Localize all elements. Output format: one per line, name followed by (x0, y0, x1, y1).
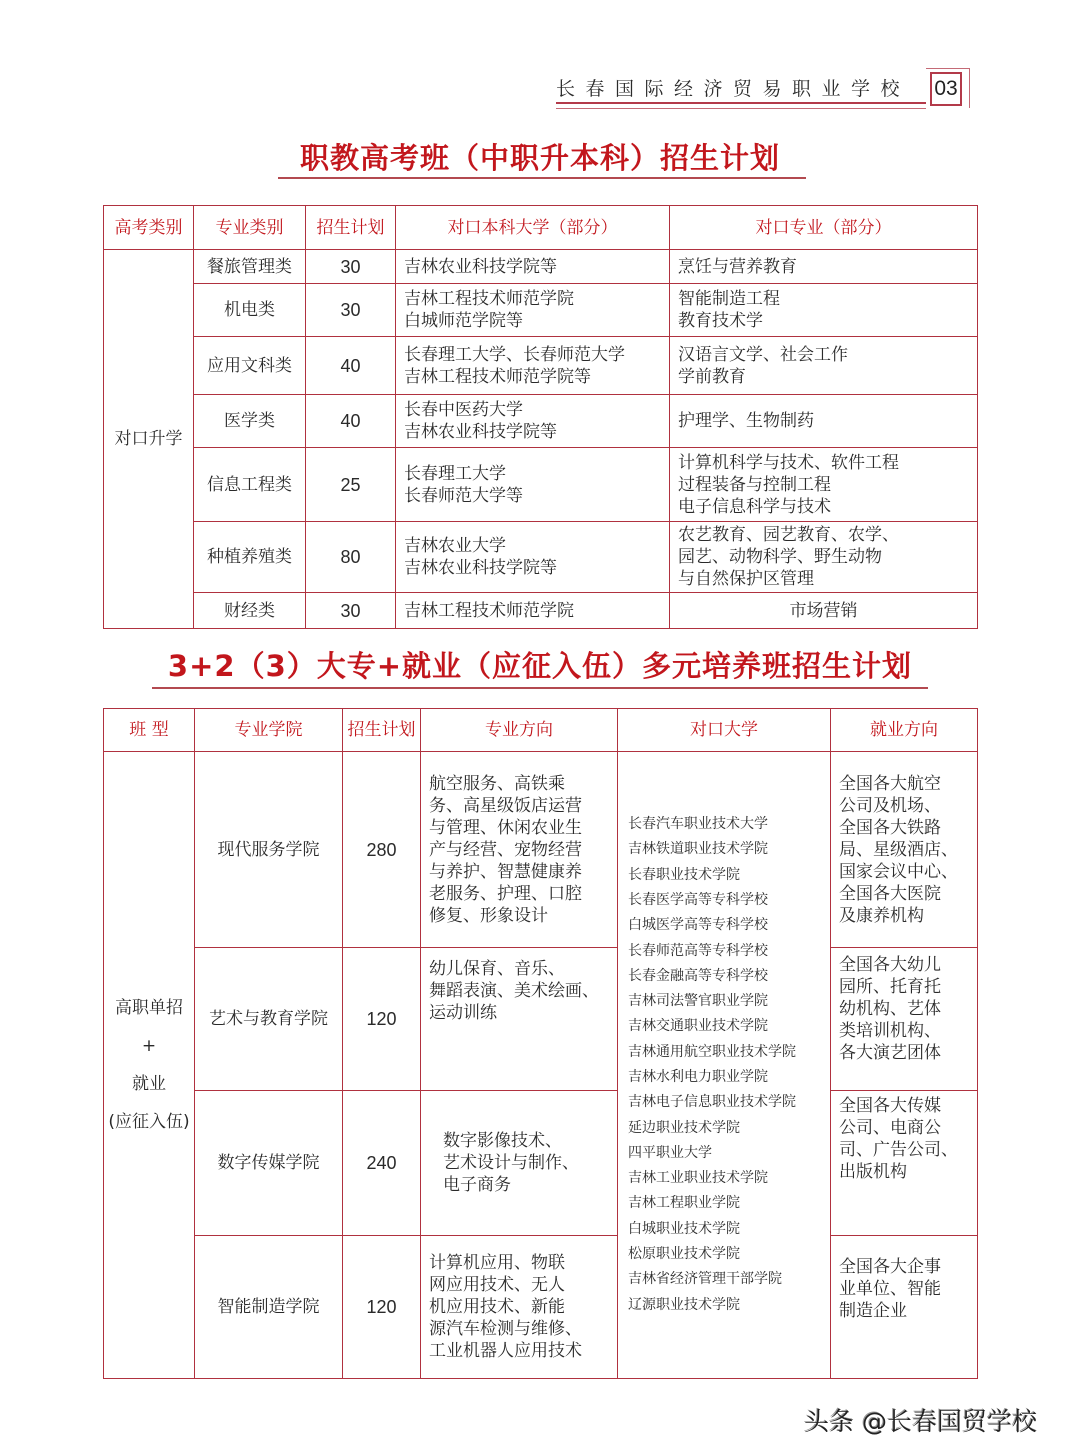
enrollment-plan: 40 (306, 395, 396, 448)
class-type: 高职单招 + 就业 (应征入伍) (104, 752, 195, 1379)
partner-universities: 吉林农业大学吉林农业科技学院等 (396, 522, 670, 593)
header-rule-thin (556, 108, 926, 109)
college-name: 艺术与教育学院 (195, 948, 343, 1091)
list-item: 长春医学高等专科学校 (628, 888, 822, 913)
section1-title-underline (278, 177, 806, 179)
list-item: 吉林司法警官职业学院 (628, 989, 822, 1014)
partner-universities: 长春理工大学长春师范大学等 (396, 448, 670, 522)
major-category: 机电类 (194, 284, 306, 337)
header-rule (556, 102, 926, 104)
partner-majors: 农艺教育、园艺教育、农学、园艺、动物科学、野生动物与自然保护区管理 (670, 522, 978, 593)
major-directions: 计算机应用、物联 网应用技术、无人 机应用技术、新能 源汽车检测与维修、 工业机… (421, 1236, 618, 1379)
enrollment-plan: 30 (306, 284, 396, 337)
partner-majors: 市场营销 (670, 593, 978, 629)
list-item: 延边职业技术学院 (628, 1116, 822, 1141)
col-header: 对口大学 (618, 709, 831, 752)
col-header: 对口专业（部分） (670, 206, 978, 250)
list-item: 白城医学高等专科学校 (628, 913, 822, 938)
col-header: 对口本科大学（部分） (396, 206, 670, 250)
school-name-header: 长春国际经济贸易职业学校 (556, 74, 926, 104)
source-watermark: 头条 @长春国贸学校 (804, 1404, 1064, 1440)
major-category: 财经类 (194, 593, 306, 629)
list-item: 吉林工业职业技术学院 (628, 1166, 822, 1191)
col-header: 就业方向 (831, 709, 978, 752)
major-directions: 数字影像技术、 艺术设计与制作、 电子商务 (421, 1091, 618, 1236)
partner-majors: 烹饪与营养教育 (670, 250, 978, 284)
list-item: 四平职业大学 (628, 1141, 822, 1166)
enrollment-plan: 120 (343, 1236, 421, 1379)
list-item: 吉林水利电力职业学院 (628, 1065, 822, 1090)
enrollment-plan: 30 (306, 593, 396, 629)
partner-colleges-list: 长春汽车职业技术大学 吉林铁道职业技术学院 长春职业技术学院 长春医学高等专科学… (618, 752, 831, 1379)
partner-majors: 计算机科学与技术、软件工程过程装备与控制工程电子信息科学与技术 (670, 448, 978, 522)
col-header: 招生计划 (343, 709, 421, 752)
table-row: 机电类 30 吉林工程技术师范学院白城师范学院等 智能制造工程教育技术学 (104, 284, 978, 337)
table-row: 应用文科类 40 长春理工大学、长春师范大学吉林工程技术师范学院等 汉语言文学、… (104, 337, 978, 395)
enrollment-plan: 40 (306, 337, 396, 395)
list-item: 长春职业技术学院 (628, 863, 822, 888)
page-number: 03 (930, 72, 962, 106)
section2-title: 3+2（3）大专+就业（应征入伍）多元培养班招生计划 (150, 644, 930, 688)
major-category: 种植养殖类 (194, 522, 306, 593)
enrollment-plan: 80 (306, 522, 396, 593)
college-name: 现代服务学院 (195, 752, 343, 948)
list-item: 白城职业技术学院 (628, 1217, 822, 1242)
list-item: 辽源职业技术学院 (628, 1293, 822, 1318)
major-directions: 航空服务、高铁乘 务、高星级饭店运营 与管理、休闲农业生 产与经营、宠物经营 与… (421, 752, 618, 948)
col-header: 专业类别 (194, 206, 306, 250)
list-item: 松原职业技术学院 (628, 1242, 822, 1267)
section1-title: 职教高考班（中职升本科）招生计划 (240, 136, 840, 180)
employment-directions: 全国各大幼儿 园所、托育托 幼机构、艺体 类培训机构、 各大演艺团体 (831, 948, 978, 1091)
partner-universities: 吉林工程技术师范学院 (396, 593, 670, 629)
table-row: 财经类 30 吉林工程技术师范学院 市场营销 (104, 593, 978, 629)
list-item: 吉林通用航空职业技术学院 (628, 1040, 822, 1065)
exam-category: 对口升学 (104, 250, 194, 629)
college-name: 智能制造学院 (195, 1236, 343, 1379)
enrollment-plan: 30 (306, 250, 396, 284)
major-category: 餐旅管理类 (194, 250, 306, 284)
partner-universities: 长春理工大学、长春师范大学吉林工程技术师范学院等 (396, 337, 670, 395)
table-row: 信息工程类 25 长春理工大学长春师范大学等 计算机科学与技术、软件工程过程装备… (104, 448, 978, 522)
table-row: 对口升学 餐旅管理类 30 吉林农业科技学院等 烹饪与营养教育 (104, 250, 978, 284)
major-category: 信息工程类 (194, 448, 306, 522)
table-row: 艺术与教育学院 120 幼儿保育、音乐、 舞蹈表演、美术绘画、 运动训练 全国各… (104, 948, 978, 1091)
partner-universities: 吉林农业科技学院等 (396, 250, 670, 284)
major-category: 应用文科类 (194, 337, 306, 395)
vocational-exam-table: 高考类别 专业类别 招生计划 对口本科大学（部分） 对口专业（部分） 对口升学 … (103, 205, 978, 629)
college-name: 数字传媒学院 (195, 1091, 343, 1236)
list-item: 吉林省经济管理干部学院 (628, 1267, 822, 1292)
employment-directions: 全国各大航空 公司及机场、 全国各大铁路 局、星级酒店、 国家会议中心、 全国各… (831, 752, 978, 948)
list-item: 吉林电子信息职业技术学院 (628, 1090, 822, 1115)
enrollment-plan: 240 (343, 1091, 421, 1236)
partner-majors: 汉语言文学、社会工作学前教育 (670, 337, 978, 395)
employment-directions: 全国各大传媒 公司、电商公 司、广告公司、 出版机构 (831, 1091, 978, 1236)
partner-majors: 护理学、生物制药 (670, 395, 978, 448)
list-item: 长春汽车职业技术大学 (628, 812, 822, 837)
employment-directions: 全国各大企事 业单位、智能 制造企业 (831, 1236, 978, 1379)
table-header-row: 班 型 专业学院 招生计划 专业方向 对口大学 就业方向 (104, 709, 978, 752)
col-header: 专业学院 (195, 709, 343, 752)
col-header: 高考类别 (104, 206, 194, 250)
table-row: 医学类 40 长春中医药大学吉林农业科技学院等 护理学、生物制药 (104, 395, 978, 448)
list-item: 吉林铁道职业技术学院 (628, 837, 822, 862)
section2-title-underline (152, 687, 928, 689)
major-category: 医学类 (194, 395, 306, 448)
list-item: 吉林交通职业技术学院 (628, 1014, 822, 1039)
major-directions: 幼儿保育、音乐、 舞蹈表演、美术绘画、 运动训练 (421, 948, 618, 1091)
enrollment-plan: 25 (306, 448, 396, 522)
table-row: 数字传媒学院 240 数字影像技术、 艺术设计与制作、 电子商务 全国各大传媒 … (104, 1091, 978, 1236)
list-item: 吉林工程职业学院 (628, 1191, 822, 1216)
list-item: 长春金融高等专科学校 (628, 964, 822, 989)
table-row: 高职单招 + 就业 (应征入伍) 现代服务学院 280 航空服务、高铁乘 务、高… (104, 752, 978, 948)
table-row: 智能制造学院 120 计算机应用、物联 网应用技术、无人 机应用技术、新能 源汽… (104, 1236, 978, 1379)
list-item: 长春师范高等专科学校 (628, 939, 822, 964)
col-header: 班 型 (104, 709, 195, 752)
partner-universities: 吉林工程技术师范学院白城师范学院等 (396, 284, 670, 337)
col-header: 专业方向 (421, 709, 618, 752)
enrollment-plan: 280 (343, 752, 421, 948)
table-row: 种植养殖类 80 吉林农业大学吉林农业科技学院等 农艺教育、园艺教育、农学、园艺… (104, 522, 978, 593)
partner-universities: 长春中医药大学吉林农业科技学院等 (396, 395, 670, 448)
partner-majors: 智能制造工程教育技术学 (670, 284, 978, 337)
diversified-training-table: 班 型 专业学院 招生计划 专业方向 对口大学 就业方向 高职单招 + 就业 (… (103, 708, 978, 1379)
enrollment-plan: 120 (343, 948, 421, 1091)
col-header: 招生计划 (306, 206, 396, 250)
table-header-row: 高考类别 专业类别 招生计划 对口本科大学（部分） 对口专业（部分） (104, 206, 978, 250)
